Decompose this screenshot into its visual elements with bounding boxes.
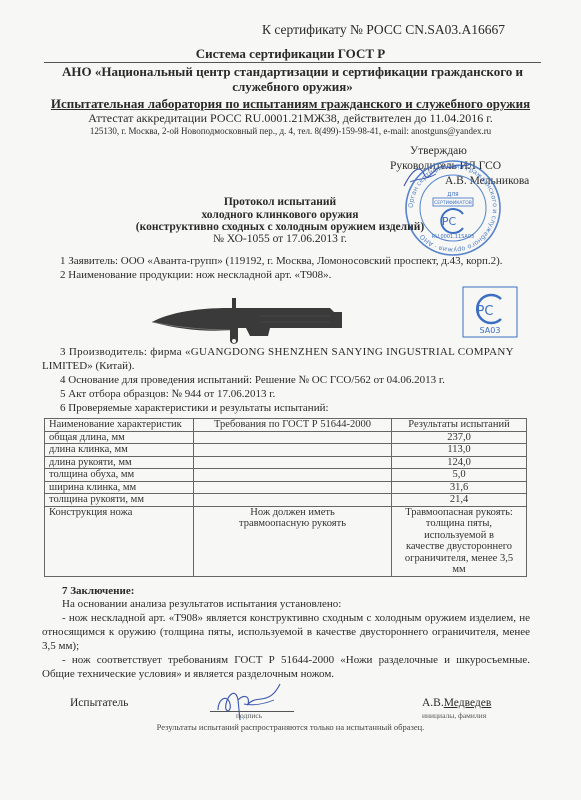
table-row: ширина клинка, мм 31,6 bbox=[45, 481, 527, 494]
protocol-title: Протокол испытаний холодного клинкового … bbox=[0, 196, 560, 234]
system-title: Система сертификации ГОСТ Р bbox=[0, 46, 581, 62]
signature-caption: подпись bbox=[236, 711, 262, 720]
item-basis: 4 Основание для проведения испытаний: Ре… bbox=[60, 374, 445, 386]
footer-note: Результаты испытаний распространяются то… bbox=[0, 722, 581, 732]
svg-text:SA03: SA03 bbox=[480, 326, 501, 335]
table-row: длина рукояти, мм 124,0 bbox=[45, 456, 527, 469]
protocol-number: № ХО-1055 от 17.06.2013 г. bbox=[0, 233, 560, 245]
conclusion-point-1: - нож нескладной арт. «Т908» является ко… bbox=[42, 611, 530, 653]
conclusion-lead: На основании анализа результатов испытан… bbox=[62, 598, 341, 610]
approval-label: Утверждаю bbox=[410, 145, 467, 157]
header-rule bbox=[44, 62, 541, 63]
svg-text:PC: PC bbox=[477, 304, 494, 319]
table-header: Результаты испытаний bbox=[392, 419, 527, 432]
accreditation-line: Аттестат аккредитации РОСС RU.0001.21МЖ3… bbox=[0, 111, 581, 126]
table-cell: общая длина, мм bbox=[45, 431, 194, 444]
table-row: Конструкция ножа Нож должен иметь травмо… bbox=[45, 506, 527, 576]
conclusion-point-2: - нож соответствует требованиям ГОСТ Р 5… bbox=[42, 653, 530, 681]
table-header: Требования по ГОСТ Р 51644-2000 bbox=[194, 419, 392, 432]
table-cell: Конструкция ножа bbox=[45, 506, 194, 576]
lab-address: 125130, г. Москва, 2-ой Новоподмосковный… bbox=[0, 126, 581, 136]
table-cell: толщина рукояти, мм bbox=[45, 494, 194, 507]
table-cell: Травмоопасная рукоять: толщина пяты, исп… bbox=[392, 506, 527, 576]
table-cell: ширина клинка, мм bbox=[45, 481, 194, 494]
item-applicant: 1 Заявитель: ООО «Аванта-групп» (119192,… bbox=[60, 255, 503, 267]
item-manufacturer: 3 Производитель: фирма «GUANGDONG SHENZH… bbox=[60, 346, 540, 358]
tester-initials: А.В. bbox=[422, 697, 444, 709]
table-cell bbox=[194, 456, 392, 469]
table-cell: длина рукояти, мм bbox=[45, 456, 194, 469]
protocol-title-line3: (конструктивно сходных с холодным оружие… bbox=[0, 221, 560, 234]
name-caption: инициалы, фамилия bbox=[422, 711, 486, 720]
table-cell: толщина обуха, мм bbox=[45, 469, 194, 482]
item-checked: 6 Проверяемые характеристики и результат… bbox=[60, 402, 329, 414]
table-cell: 31,6 bbox=[392, 481, 527, 494]
table-header-row: Наименование характеристик Требования по… bbox=[45, 419, 527, 432]
table-cell: длина клинка, мм bbox=[45, 444, 194, 457]
table-row: толщина обуха, мм 5,0 bbox=[45, 469, 527, 482]
tester-name: А.В.Медведев bbox=[422, 697, 491, 709]
table-cell bbox=[194, 494, 392, 507]
item-product: 2 Наименование продукции: нож нескладной… bbox=[60, 269, 331, 281]
table-row: длина клинка, мм 113,0 bbox=[45, 444, 527, 457]
table-cell: Нож должен иметь травмоопасную рукоять bbox=[194, 506, 392, 576]
table-header: Наименование характеристик bbox=[45, 419, 194, 432]
knife-image-icon bbox=[150, 288, 350, 350]
table-cell: 5,0 bbox=[392, 469, 527, 482]
tester-surname: Медведев bbox=[444, 697, 492, 709]
item-manufacturer-cont: LIMITED» (Китай). bbox=[42, 360, 134, 372]
laboratory-name: Испытательная лаборатория по испытаниям … bbox=[0, 96, 581, 112]
certificate-page: К сертификату № РОСС CN.SA03.A16667 Сист… bbox=[0, 0, 581, 800]
table-row: общая длина, мм 237,0 bbox=[45, 431, 527, 444]
tester-label: Испытатель bbox=[70, 697, 128, 709]
table-cell bbox=[194, 431, 392, 444]
table-cell bbox=[194, 469, 392, 482]
organization-name: АНО «Национальный центр стандартизации и… bbox=[40, 64, 545, 94]
rst-mark-icon: PC SA03 bbox=[461, 285, 519, 339]
protocol-title-line2: холодного клинкового оружия bbox=[0, 209, 560, 222]
item-sample-act: 5 Акт отбора образцов: № 944 от 17.06.20… bbox=[60, 388, 275, 400]
table-cell: 237,0 bbox=[392, 431, 527, 444]
protocol-title-line1: Протокол испытаний bbox=[0, 196, 560, 209]
table-cell: 21,4 bbox=[392, 494, 527, 507]
table-cell: 113,0 bbox=[392, 444, 527, 457]
table-row: толщина рукояти, мм 21,4 bbox=[45, 494, 527, 507]
table-cell: 124,0 bbox=[392, 456, 527, 469]
table-cell bbox=[194, 444, 392, 457]
conclusion-title: 7 Заключение: bbox=[62, 585, 134, 597]
table-cell bbox=[194, 481, 392, 494]
certificate-reference: К сертификату № РОСС CN.SA03.A16667 bbox=[262, 22, 505, 38]
results-table: Наименование характеристик Требования по… bbox=[44, 418, 527, 577]
